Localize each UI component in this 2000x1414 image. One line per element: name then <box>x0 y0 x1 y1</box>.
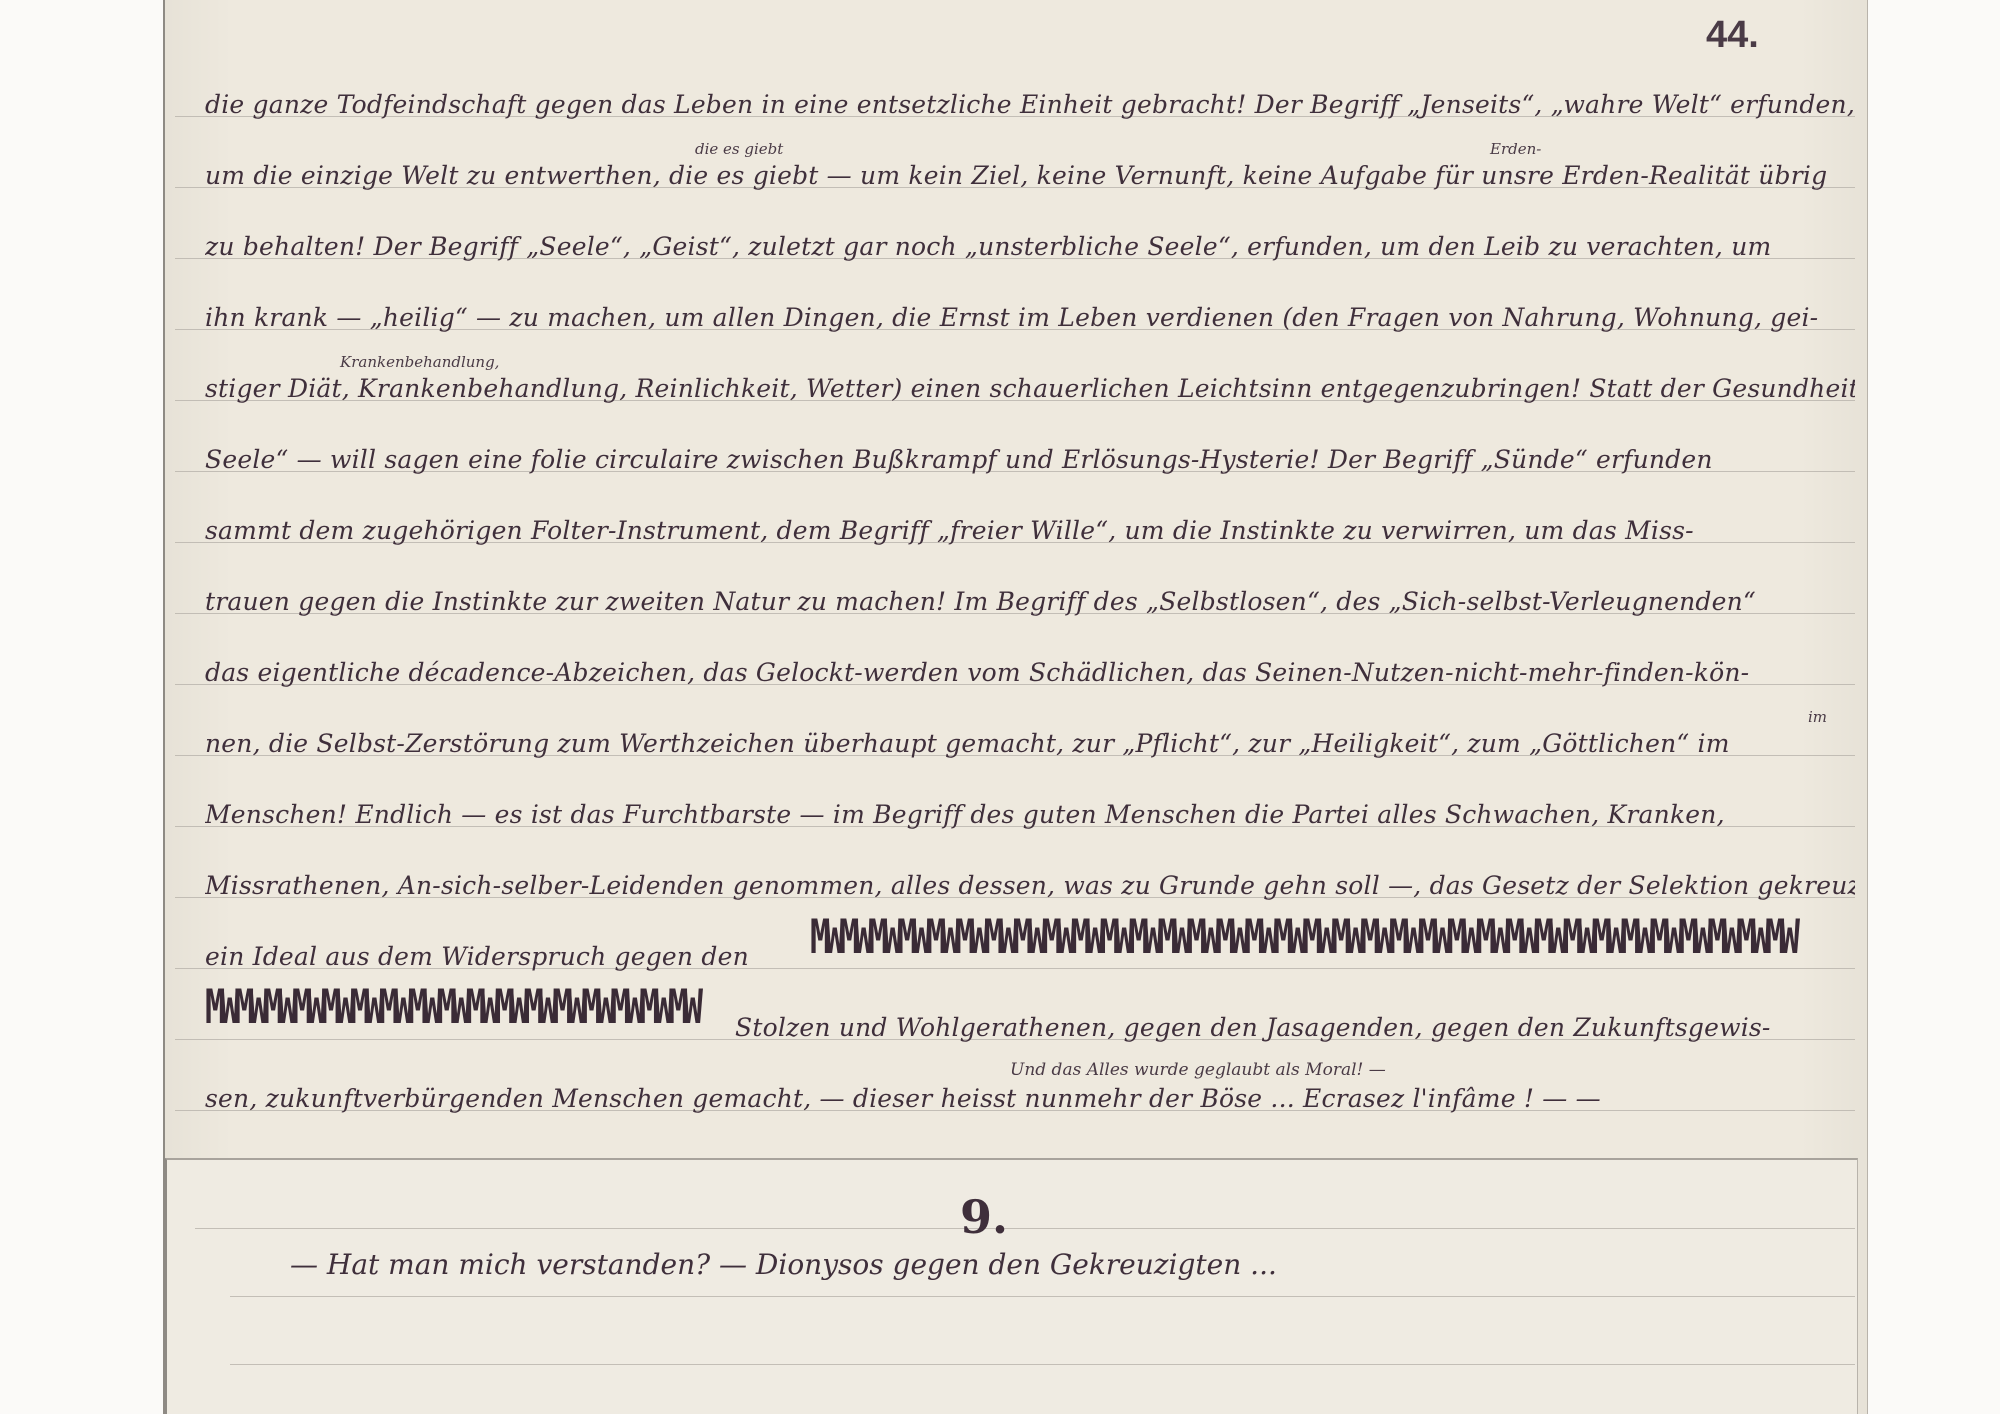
struck-through-passage: MWMWMWMWMWMWMWMWMWMWMWMWMWMWMWMWMWMWMWMW… <box>810 910 1820 983</box>
ruled-line <box>230 1296 1855 1297</box>
insertion-above-line-2: die es giebt <box>695 140 783 158</box>
manuscript-line-12: Missrathenen, An-sich-selber-Leidenden g… <box>205 871 1855 900</box>
manuscript-line-15: sen, zukunftverbürgenden Menschen gemach… <box>205 1084 1855 1113</box>
section-9-text: — Hat man mich verstanden? — Dionysos ge… <box>290 1248 1277 1281</box>
manuscript-line-5: stiger Diät, Krankenbehandlung, Reinlich… <box>205 374 1855 403</box>
manuscript-line-2: um die einzige Welt zu entwerthen, die e… <box>205 161 1855 190</box>
insertion-above-line-10-right: im <box>1808 708 1827 726</box>
manuscript-line-3: zu behalten! Der Begriff „Seele“, „Geist… <box>205 232 1855 261</box>
insertion-above-line-15: Und das Alles wurde geglaubt als Moral! … <box>1010 1060 1386 1080</box>
lower-sheet-fold <box>165 1158 1858 1414</box>
insertion-above-line-5: Krankenbehandlung, <box>340 353 499 371</box>
manuscript-line-1: die ganze Todfeindschaft gegen das Leben… <box>205 90 1855 119</box>
manuscript-line-9: das eigentliche décadence-Abzeichen, das… <box>205 658 1855 687</box>
ruled-line <box>230 1364 1855 1365</box>
section-number: 9. <box>960 1190 1008 1244</box>
manuscript-line-14: Stolzen und Wohlgerathenen, gegen den Ja… <box>735 1013 1855 1042</box>
manuscript-line-10: nen, die Selbst-Zerstörung zum Werthzeic… <box>205 729 1855 758</box>
insertion-above-line-2-right: Erden- <box>1490 140 1541 158</box>
manuscript-line-13: ein Ideal aus dem Widerspruch gegen den <box>205 942 800 971</box>
manuscript-line-6: Seele“ — will sagen eine folie circulair… <box>205 445 1855 474</box>
page-number: 44. <box>1706 14 1759 57</box>
manuscript-line-4: ihn krank — „heilig“ — zu machen, um all… <box>205 303 1855 332</box>
manuscript-line-11: Menschen! Endlich — es ist das Furchtbar… <box>205 800 1855 829</box>
ruled-line <box>195 1228 1855 1229</box>
manuscript-line-8: trauen gegen die Instinkte zur zweiten N… <box>205 587 1855 616</box>
struck-through-passage: MWMWMWMWMWMWMWMWMWMWMWMWMWMWMWMWMW <box>205 980 705 1053</box>
manuscript-line-7: sammt dem zugehörigen Folter-Instrument,… <box>205 516 1855 545</box>
